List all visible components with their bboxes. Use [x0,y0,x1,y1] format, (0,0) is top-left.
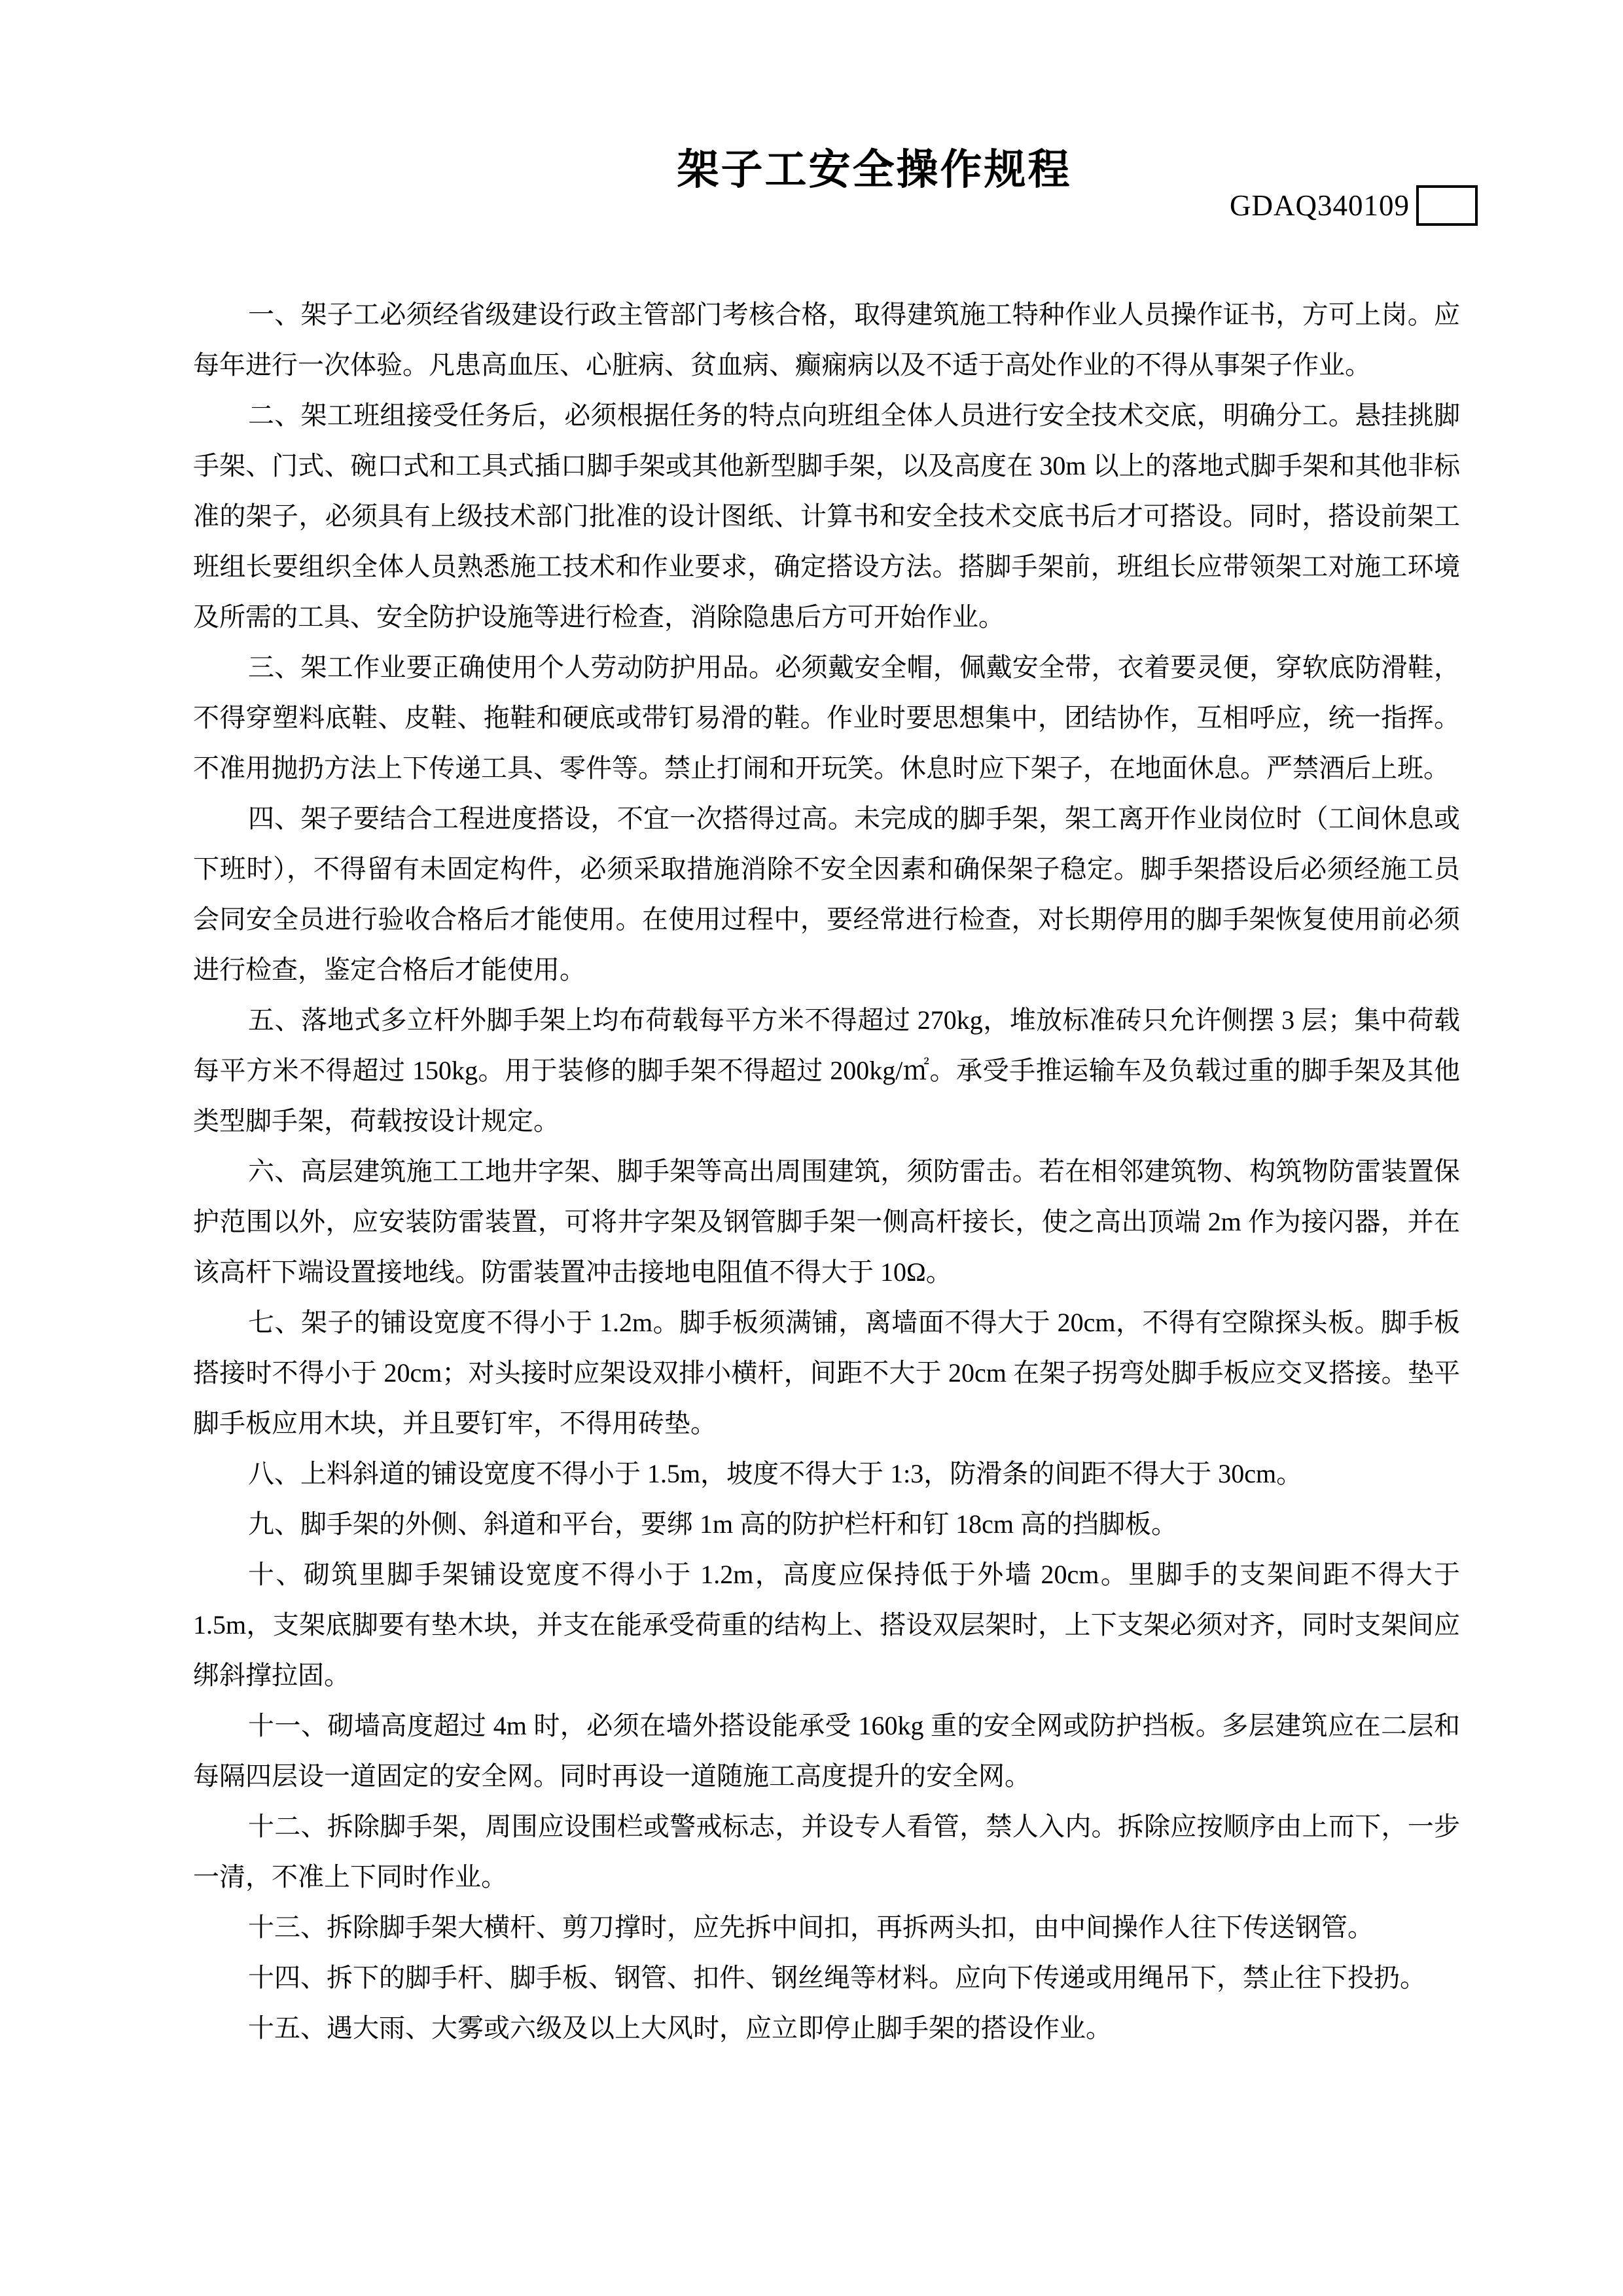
body-paragraph: 四、架子要结合工程进度搭设，不宜一次搭得过高。未完成的脚手架，架工离开作业岗位时… [193,793,1460,995]
body-paragraph: 六、高层建筑施工工地井字架、脚手架等高出周围建筑，须防雷击。若在相邻建筑物、构筑… [193,1146,1460,1297]
body-paragraph: 二、架工班组接受任务后，必须根据任务的特点向班组全体人员进行安全技术交底，明确分… [193,390,1460,642]
body-paragraph: 一、架子工必须经省级建设行政主管部门考核合格，取得建筑施工特种作业人员操作证书，… [193,289,1460,390]
body-paragraph: 十、砌筑里脚手架铺设宽度不得小于 1.2m，高度应保持低于外墙 20cm。里脚手… [193,1549,1460,1700]
body-paragraph: 十一、砌墙高度超过 4m 时，必须在墙外搭设能承受 160kg 重的安全网或防护… [193,1700,1460,1801]
body-paragraph: 八、上料斜道的铺设宽度不得小于 1.5m，坡度不得大于 1:3，防滑条的间距不得… [193,1448,1460,1499]
document-body: 一、架子工必须经省级建设行政主管部门考核合格，取得建筑施工特种作业人员操作证书，… [193,289,1460,2053]
body-paragraph: 十四、拆下的脚手杆、脚手板、钢管、扣件、钢丝绳等材料。应向下传递或用绳吊下，禁止… [193,1952,1460,2003]
body-paragraph: 五、落地式多立杆外脚手架上均布荷载每平方米不得超过 270kg，堆放标准砖只允许… [193,995,1460,1146]
body-paragraph: 七、架子的铺设宽度不得小于 1.2m。脚手板须满铺，离墙面不得大于 20cm，不… [193,1297,1460,1448]
empty-code-box [1416,185,1478,226]
document-title: 架子工安全操作规程 [677,149,1072,190]
document-code: GDAQ340109 [1230,191,1410,221]
document-page: 架子工安全操作规程 GDAQ340109 一、架子工必须经省级建设行政主管部门考… [0,0,1623,2296]
body-paragraph: 十二、拆除脚手架，周围应设围栏或警戒标志，并设专人看管，禁人入内。拆除应按顺序由… [193,1801,1460,1902]
body-paragraph: 三、架工作业要正确使用个人劳动防护用品。必须戴安全帽，佩戴安全带，衣着要灵便，穿… [193,642,1460,793]
body-paragraph: 十五、遇大雨、大雾或六级及以上大风时，应立即停止脚手架的搭设作业。 [193,2003,1460,2053]
document-code-row: GDAQ340109 [1230,185,1478,226]
body-paragraph: 十三、拆除脚手架大横杆、剪刀撑时，应先拆中间扣，再拆两头扣，由中间操作人往下传送… [193,1902,1460,1952]
body-paragraph: 九、脚手架的外侧、斜道和平台，要绑 1m 高的防护栏杆和钉 18cm 高的挡脚板… [193,1499,1460,1549]
